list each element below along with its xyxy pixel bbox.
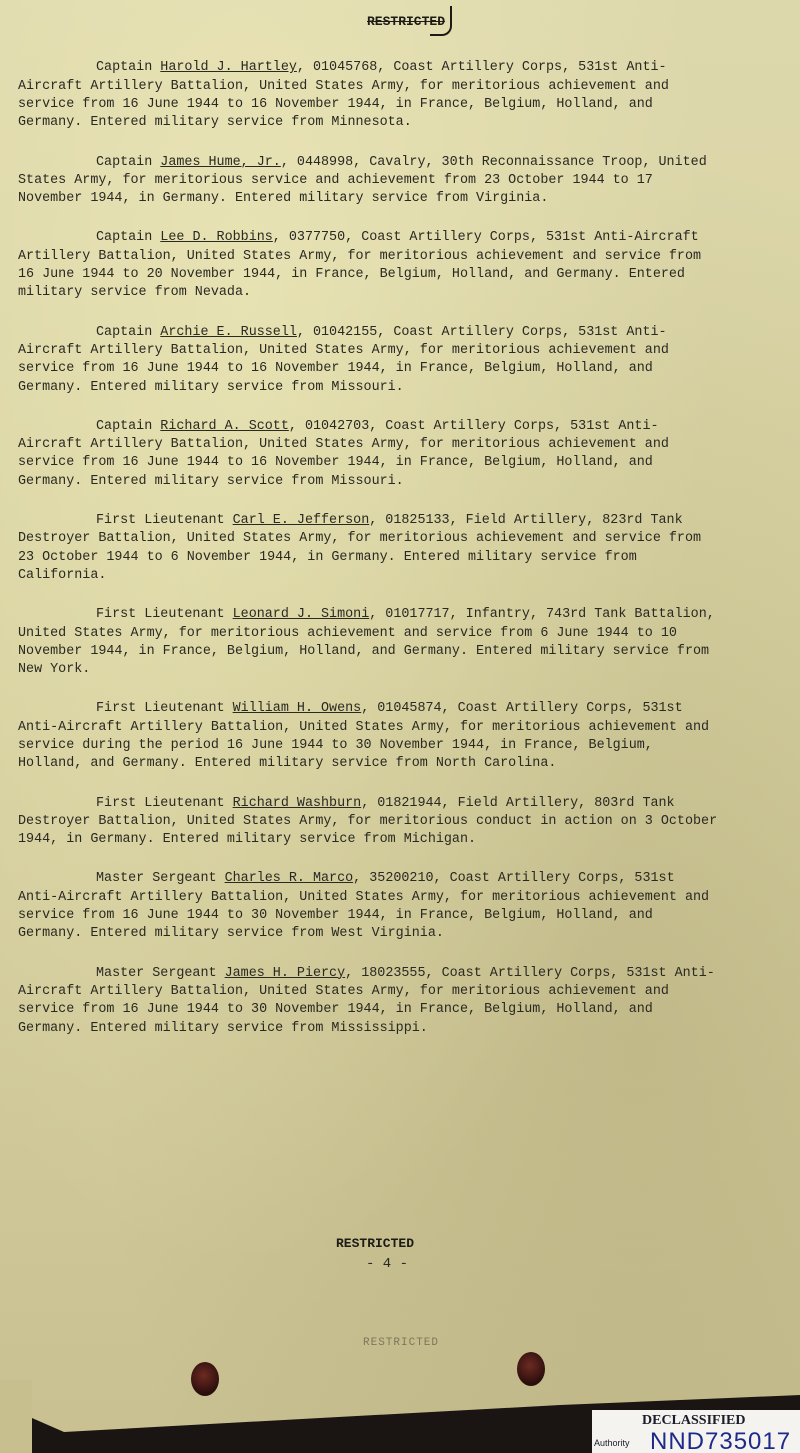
authority-number: NND735017: [650, 1428, 791, 1453]
citation-list: Captain Harold J. Hartley, 01045768, Coa…: [18, 46, 718, 1059]
citation-entry: Master Sergeant James H. Piercy, 1802355…: [18, 965, 718, 1038]
rank: Master Sergeant: [96, 966, 217, 981]
person-name: James H. Piercy: [225, 966, 346, 981]
restricted-stamp-bottom: RESTRICTED: [336, 1236, 414, 1251]
person-name: Charles R. Marco: [225, 871, 354, 886]
citation-entry: Master Sergeant Charles R. Marco, 352002…: [18, 870, 718, 943]
citation-entry: First Lieutenant Leonard J. Simoni, 0101…: [18, 606, 718, 679]
citation-entry: Captain James Hume, Jr., 0448998, Cavalr…: [18, 154, 718, 209]
person-name: Leonard J. Simoni: [233, 607, 370, 622]
rank: Captain: [96, 155, 152, 170]
citation-entry: First Lieutenant Richard Washburn, 01821…: [18, 795, 718, 850]
citation-entry: Captain Archie E. Russell, 01042155, Coa…: [18, 324, 718, 397]
rank: First Lieutenant: [96, 701, 225, 716]
citation-entry: Captain Richard A. Scott, 01042703, Coas…: [18, 418, 718, 491]
person-name: Richard Washburn: [233, 796, 362, 811]
person-name: Harold J. Hartley: [160, 60, 297, 75]
citation-entry: Captain Harold J. Hartley, 01045768, Coa…: [18, 59, 718, 132]
rank: First Lieutenant: [96, 607, 225, 622]
person-name: Richard A. Scott: [160, 419, 289, 434]
page-fold: [0, 1380, 32, 1453]
rank: First Lieutenant: [96, 513, 225, 528]
handwritten-strike-mark: [430, 6, 452, 36]
faint-bleedthrough-stamp: RESTRICTED: [363, 1337, 439, 1349]
declassified-label: DECLASSIFIED Authority NND735017: [592, 1410, 800, 1453]
person-name: Lee D. Robbins: [160, 230, 273, 245]
rank: Captain: [96, 230, 152, 245]
rank: Captain: [96, 60, 152, 75]
person-name: James Hume, Jr.: [160, 155, 281, 170]
authority-prefix: Authority: [594, 1438, 630, 1448]
person-name: William H. Owens: [233, 701, 362, 716]
rank: Captain: [96, 325, 152, 340]
rank: Captain: [96, 419, 152, 434]
rank: Master Sergeant: [96, 871, 217, 886]
person-name: Carl E. Jefferson: [233, 513, 370, 528]
citation-entry: First Lieutenant Carl E. Jefferson, 0182…: [18, 512, 718, 585]
rank: First Lieutenant: [96, 796, 225, 811]
punch-hole-icon: [517, 1352, 545, 1386]
punch-hole-icon: [191, 1362, 219, 1396]
declassified-title: DECLASSIFIED: [642, 1413, 745, 1429]
citation-entry: Captain Lee D. Robbins, 0377750, Coast A…: [18, 229, 718, 302]
citation-entry: First Lieutenant William H. Owens, 01045…: [18, 700, 718, 773]
page-number: - 4 -: [366, 1256, 408, 1272]
person-name: Archie E. Russell: [160, 325, 297, 340]
